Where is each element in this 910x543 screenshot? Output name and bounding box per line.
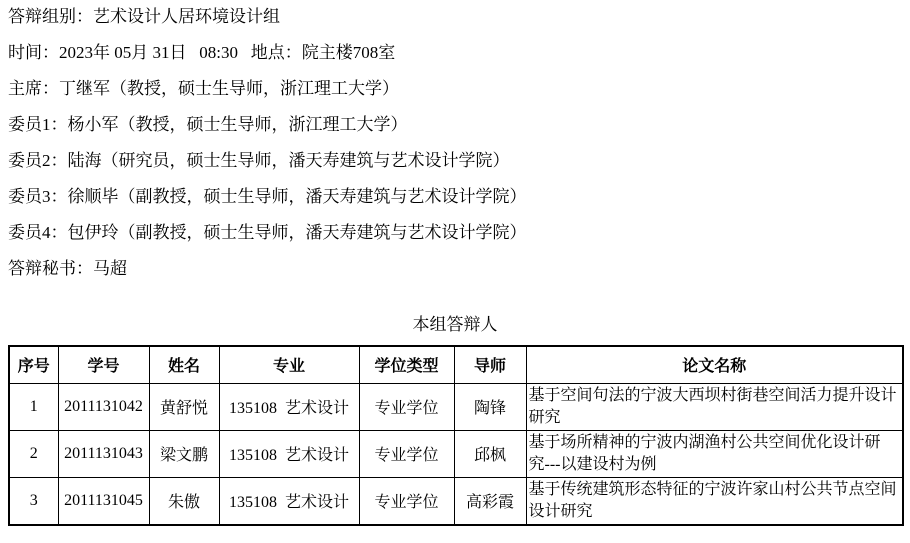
table-row: 3 2011131045 朱傲 135108 艺术设计 专业学位 高彩霞 基于传… xyxy=(9,477,903,525)
table-title: 本组答辩人 xyxy=(8,315,902,335)
cell-student-id: 2011131045 xyxy=(58,477,149,525)
cell-seq: 2 xyxy=(9,430,58,477)
line-chair: 主席：丁继军（教授，硕士生导师，浙江理工大学） xyxy=(8,79,902,98)
line-member-3: 委员3：徐顺毕（副教授，硕士生导师，潘天寿建筑与艺术设计学院） xyxy=(8,187,902,206)
cell-student-id: 2011131043 xyxy=(58,430,149,477)
cell-name: 朱傲 xyxy=(149,477,219,525)
cell-thesis-title: 基于场所精神的宁波内湖渔村公共空间优化设计研究---以建设村为例 xyxy=(526,430,903,477)
defense-document: 答辩组别：艺术设计人居环境设计组 时间：2023年 05月 31日 08:30 … xyxy=(0,0,910,543)
cell-degree-type: 专业学位 xyxy=(359,430,454,477)
line-member-1: 委员1：杨小军（教授，硕士生导师，浙江理工大学） xyxy=(8,115,902,134)
cell-name: 黄舒悦 xyxy=(149,383,219,430)
cell-advisor: 邱枫 xyxy=(454,430,526,477)
cell-advisor: 高彩霞 xyxy=(454,477,526,525)
cell-name: 梁文鹏 xyxy=(149,430,219,477)
cell-thesis-title: 基于传统建筑形态特征的宁波许家山村公共节点空间设计研究 xyxy=(526,477,903,525)
cell-major: 135108 艺术设计 xyxy=(219,430,359,477)
col-thesis-title: 论文名称 xyxy=(526,346,903,383)
cell-seq: 3 xyxy=(9,477,58,525)
line-member-4: 委员4：包伊玲（副教授，硕士生导师，潘天寿建筑与艺术设计学院） xyxy=(8,223,902,242)
defense-candidates-table: 序号 学号 姓名 专业 学位类型 导师 论文名称 1 2011131042 黄舒… xyxy=(8,345,904,526)
cell-seq: 1 xyxy=(9,383,58,430)
col-degree-type: 学位类型 xyxy=(359,346,454,383)
col-student-id: 学号 xyxy=(58,346,149,383)
line-time-location: 时间：2023年 05月 31日 08:30 地点：院主楼708室 xyxy=(8,43,902,62)
col-seq: 序号 xyxy=(9,346,58,383)
cell-student-id: 2011131042 xyxy=(58,383,149,430)
cell-major: 135108 艺术设计 xyxy=(219,383,359,430)
col-major: 专业 xyxy=(219,346,359,383)
defense-info-block: 答辩组别：艺术设计人居环境设计组 时间：2023年 05月 31日 08:30 … xyxy=(8,7,902,278)
col-advisor: 导师 xyxy=(454,346,526,383)
cell-degree-type: 专业学位 xyxy=(359,383,454,430)
line-defense-group: 答辩组别：艺术设计人居环境设计组 xyxy=(8,7,902,26)
line-member-2: 委员2：陆海（研究员，硕士生导师，潘天寿建筑与艺术设计学院） xyxy=(8,151,902,170)
cell-major: 135108 艺术设计 xyxy=(219,477,359,525)
table-row: 2 2011131043 梁文鹏 135108 艺术设计 专业学位 邱枫 基于场… xyxy=(9,430,903,477)
cell-advisor: 陶锋 xyxy=(454,383,526,430)
line-secretary: 答辩秘书：马超 xyxy=(8,259,902,278)
table-header-row: 序号 学号 姓名 专业 学位类型 导师 论文名称 xyxy=(9,346,903,383)
col-name: 姓名 xyxy=(149,346,219,383)
cell-thesis-title: 基于空间句法的宁波大西坝村街巷空间活力提升设计研究 xyxy=(526,383,903,430)
cell-degree-type: 专业学位 xyxy=(359,477,454,525)
table-row: 1 2011131042 黄舒悦 135108 艺术设计 专业学位 陶锋 基于空… xyxy=(9,383,903,430)
